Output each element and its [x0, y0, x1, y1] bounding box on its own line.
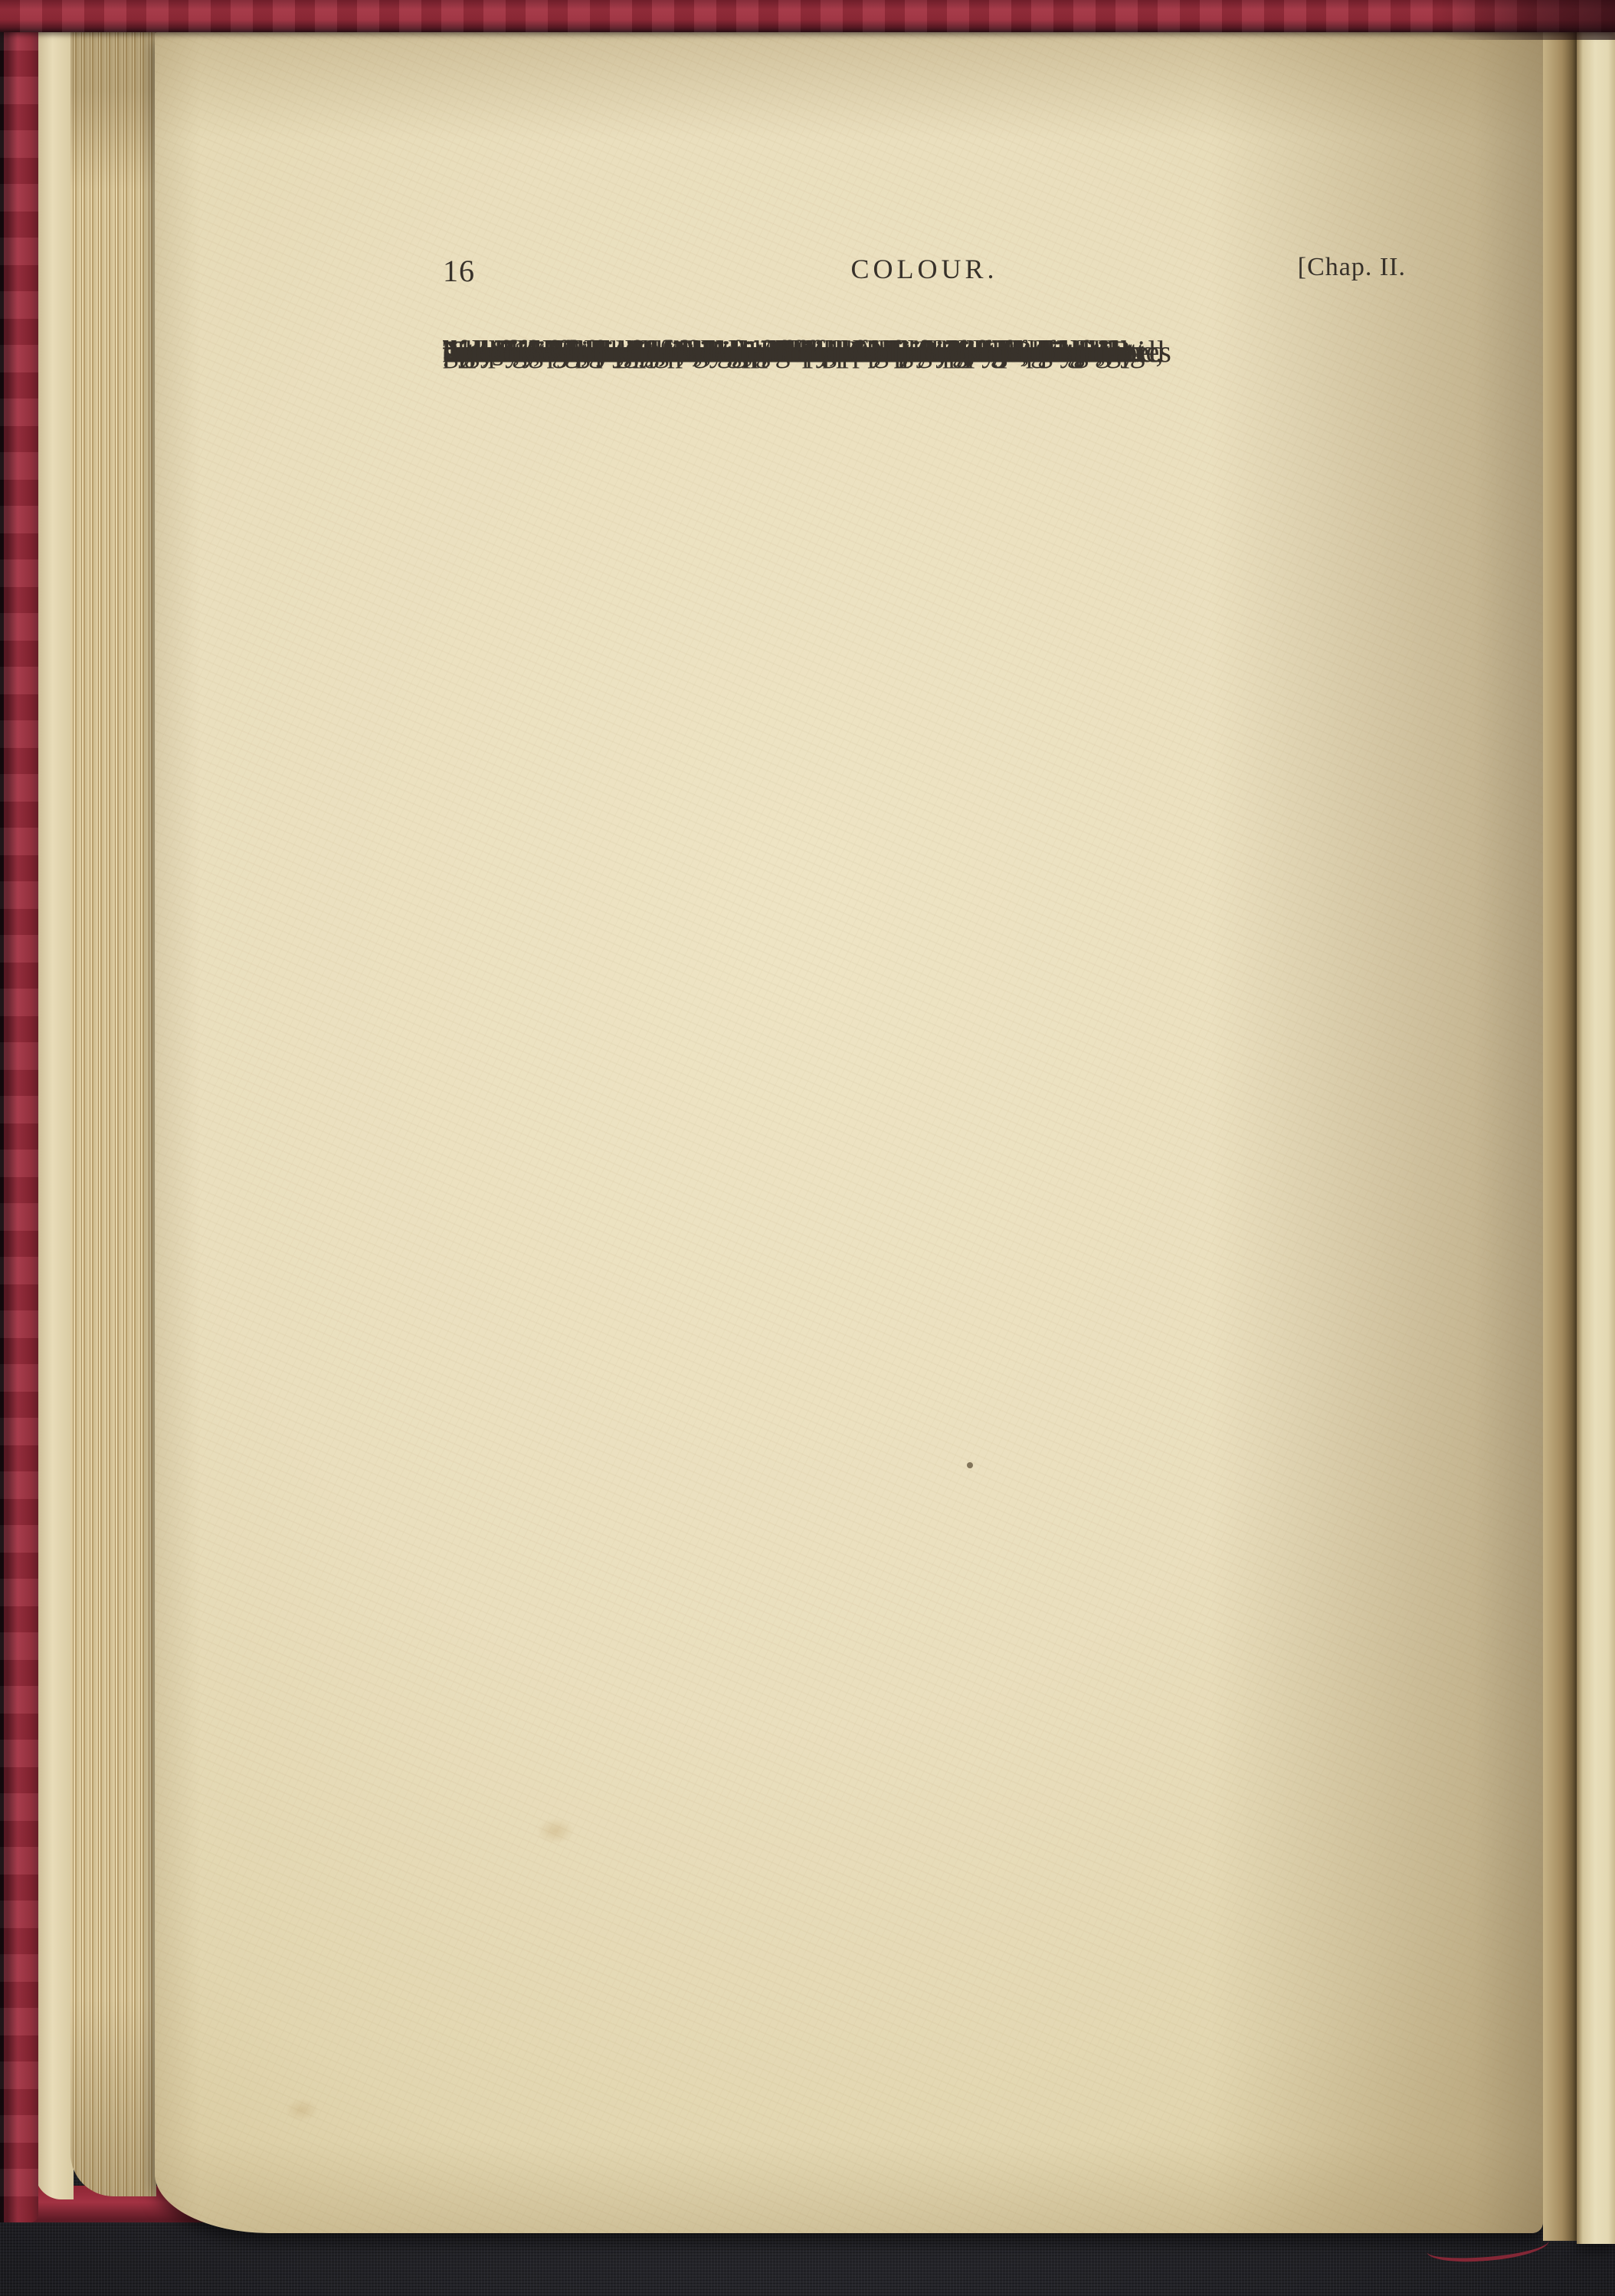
paper-stain — [536, 1818, 575, 1844]
page-number: 16 — [443, 253, 475, 289]
book-photo: 16 COLOUR. [Chap. II. band of rainbow co… — [0, 0, 1615, 2296]
paper-speck — [967, 1462, 973, 1468]
page-fore-edge — [35, 18, 74, 2199]
book-cover-top-edge — [0, 0, 1615, 32]
page-gutter-shadow — [1543, 26, 1577, 2241]
cover-corner-shadow — [1439, 0, 1615, 40]
chapter-label: [Chap. II. — [1298, 253, 1406, 282]
book-cover-left-edge — [0, 0, 38, 2222]
paper-stain — [285, 2098, 319, 2121]
text-line-section-17: § 17. The celebrated chemist Wollaston f… — [443, 331, 1163, 372]
page-stack-fore-edge — [70, 21, 156, 2196]
running-head-title: COLOUR. — [850, 253, 997, 285]
facing-page-sliver — [1577, 23, 1615, 2244]
